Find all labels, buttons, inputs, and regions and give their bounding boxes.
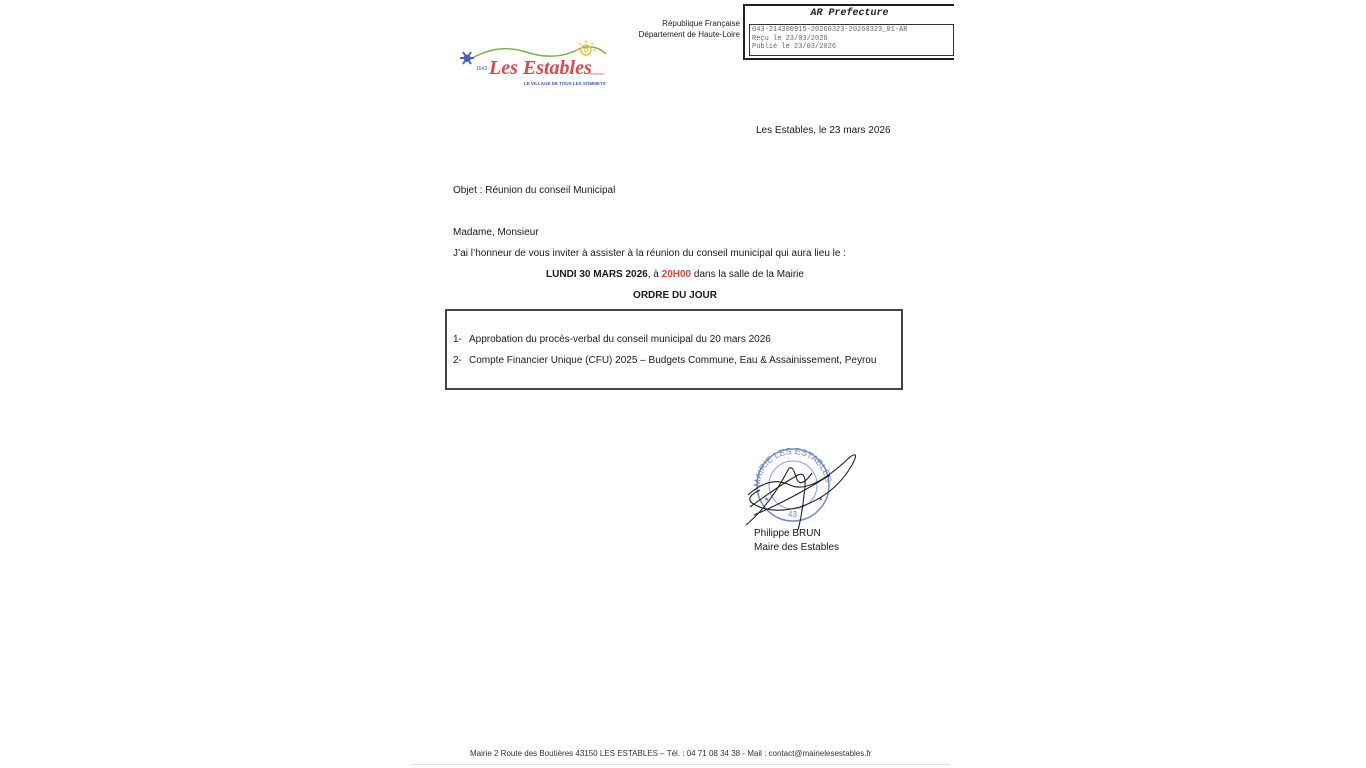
intro-text: J’ai l’honneur de vous inviter à assiste… bbox=[453, 247, 846, 260]
svg-text:LE VILLAGE DE TOUS LES SOMMETS: LE VILLAGE DE TOUS LES SOMMETS bbox=[524, 81, 606, 86]
meeting-time: 20H00 bbox=[662, 269, 691, 280]
department-label: Département de Haute-Loire bbox=[622, 29, 740, 40]
ar-stamp-received: Reçu le 23/03/2026 bbox=[752, 35, 951, 44]
mayor-stamp-signature: MAIRIE LES ESTABLES 43 ★ ★ bbox=[740, 445, 865, 535]
ar-prefecture-stamp: AR Prefecture 043-214300915-20260323-202… bbox=[743, 4, 954, 60]
admin-header: République Française Département de Haut… bbox=[622, 18, 740, 40]
meeting-details: LUNDI 30 MARS 2026, à 20H00 dans la sall… bbox=[450, 268, 900, 281]
signer-title: Maire des Estables bbox=[754, 541, 839, 554]
agenda-item-text: Compte Financier Unique (CFU) 2025 – Bud… bbox=[469, 355, 876, 366]
svg-text:Les Estables: Les Estables bbox=[488, 57, 592, 79]
signer-name: Philippe BRUN bbox=[754, 527, 821, 540]
agenda-item-number: 2- bbox=[453, 355, 469, 366]
svg-text:mézenc: mézenc bbox=[590, 71, 604, 76]
footer-contact: Mairie 2 Route des Boutières 43150 LES E… bbox=[470, 749, 871, 758]
agenda-item: 1-Approbation du procès-verbal du consei… bbox=[453, 334, 771, 345]
ar-stamp-id: 043-214300915-20260323-20260323_01-AR bbox=[752, 26, 951, 35]
ar-stamp-published: Publié le 23/03/2026 bbox=[752, 43, 951, 52]
agenda-item-number: 1- bbox=[453, 334, 469, 345]
place-date: Les Estables, le 23 mars 2026 bbox=[756, 124, 891, 137]
meeting-sep: , à bbox=[648, 269, 662, 280]
les-estables-logo: 1543 - Les Estables mézenc LE VILLAGE DE… bbox=[456, 40, 612, 90]
footer-divider bbox=[412, 764, 950, 765]
ar-stamp-title: AR Prefecture bbox=[745, 8, 954, 19]
republic-label: République Française bbox=[622, 18, 740, 29]
ar-stamp-details: 043-214300915-20260323-20260323_01-AR Re… bbox=[749, 24, 954, 56]
official-stamp-icon: MAIRIE LES ESTABLES 43 ★ ★ bbox=[752, 446, 834, 521]
svg-text:MAIRIE LES ESTABLES: MAIRIE LES ESTABLES bbox=[752, 446, 834, 487]
svg-text:43: 43 bbox=[788, 510, 797, 519]
agenda-title: ORDRE DU JOUR bbox=[450, 289, 900, 302]
letter-object: Objet : Réunion du conseil Municipal bbox=[453, 184, 615, 197]
agenda-item: 2-Compte Financier Unique (CFU) 2025 – B… bbox=[453, 355, 876, 366]
meeting-place: dans la salle de la Mairie bbox=[691, 269, 804, 280]
agenda-box: 1-Approbation du procès-verbal du consei… bbox=[445, 309, 903, 390]
meeting-date: LUNDI 30 MARS 2026 bbox=[546, 269, 648, 280]
greeting: Madame, Monsieur bbox=[453, 226, 539, 239]
agenda-item-text: Approbation du procès-verbal du conseil … bbox=[469, 334, 771, 345]
